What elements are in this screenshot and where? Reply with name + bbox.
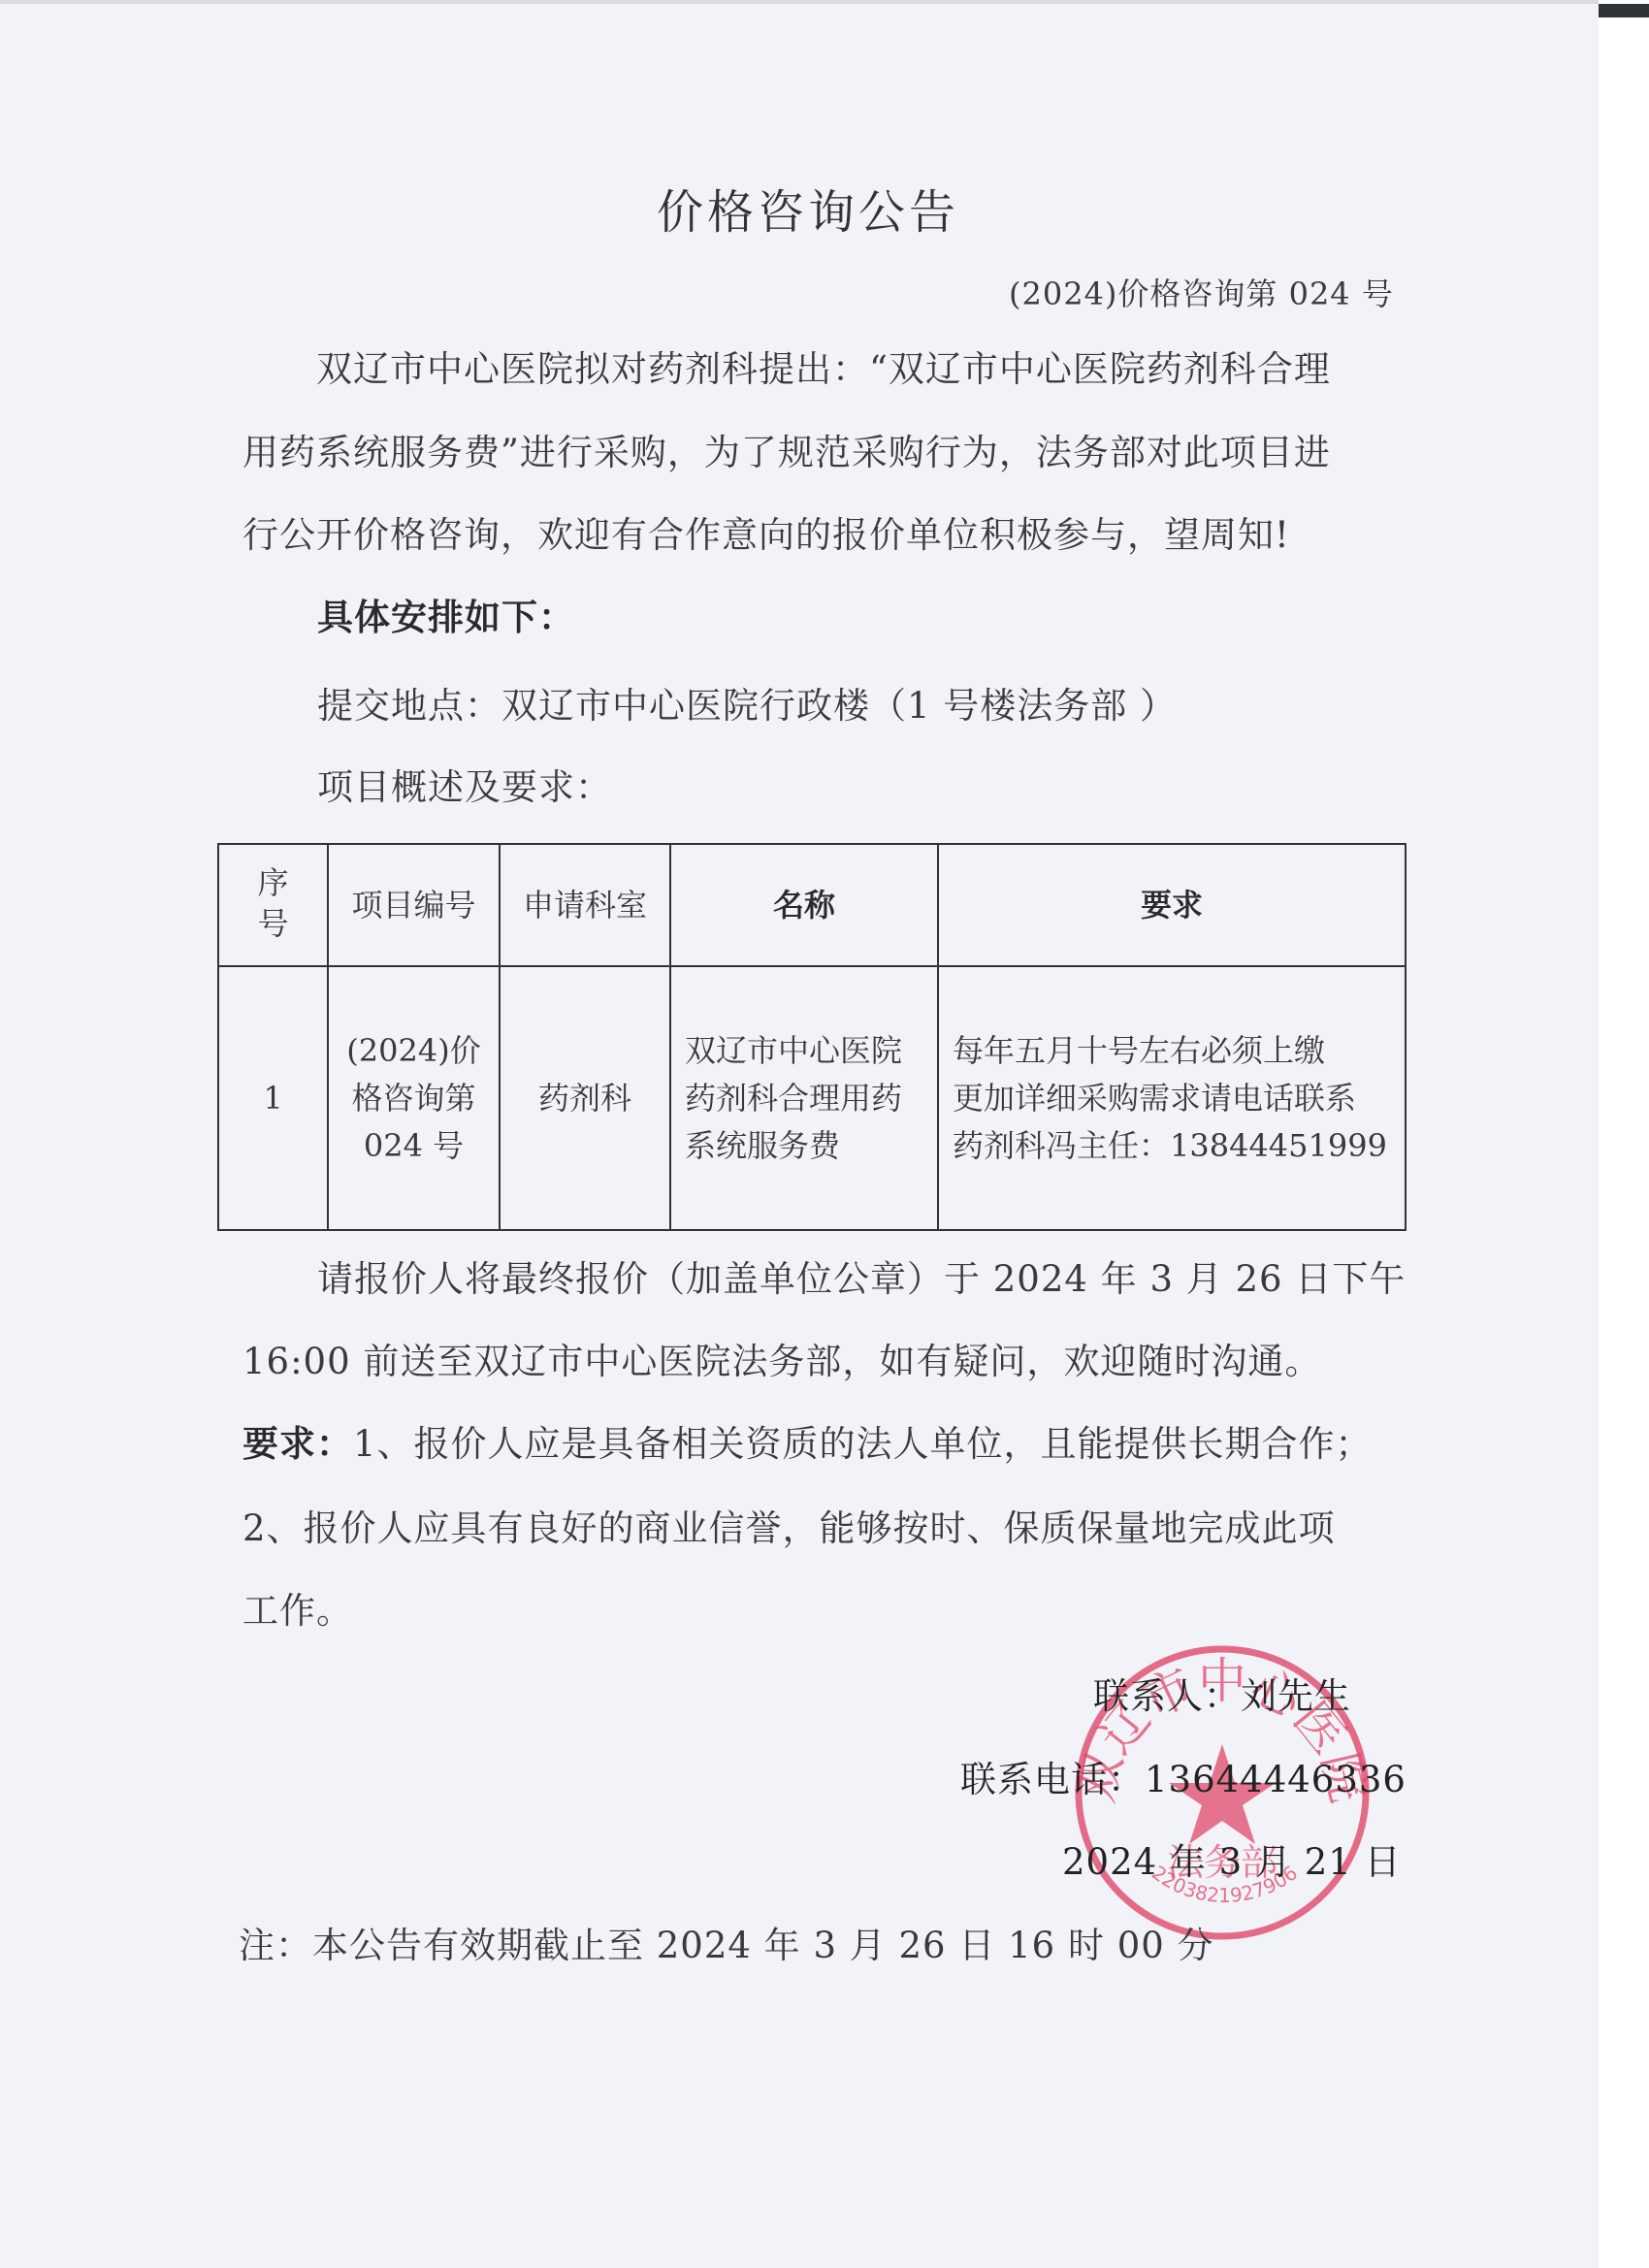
requirement-2: 2、报价人应具有良好的商业信誉，能够按时、保质保量地完成此项 <box>242 1499 1336 1551</box>
cell-requirements: 每年五月十号左右必须上缴 更加详细采购需求请电话联系 药剂科冯主任：138444… <box>938 966 1406 1230</box>
header-requirements: 要求 <box>938 844 1406 966</box>
table-row: 1 (2024)价格咨询第 024 号 药剂科 双辽市中心医院药剂科合理用药系统… <box>218 966 1406 1230</box>
requirement-line-3: 药剂科冯主任：13844451999 <box>953 1122 1405 1170</box>
document-title: 价格咨询公告 <box>657 175 959 242</box>
table-header-row: 序号 项目编号 申请科室 名称 要求 <box>218 844 1406 966</box>
intro-line-3: 行公开价格咨询，欢迎有合作意向的报价单位积极参与，望周知! <box>242 505 1290 558</box>
contact-person: 联系人：刘先生 <box>1093 1667 1351 1719</box>
header-project-number: 项目编号 <box>328 844 500 966</box>
cell-index: 1 <box>218 966 328 1230</box>
deadline-line-2: 16:00 前送至双辽市中心医院法务部，如有疑问，欢迎随时沟通。 <box>242 1332 1321 1384</box>
cell-department: 药剂科 <box>500 966 670 1230</box>
header-department: 申请科室 <box>500 844 670 966</box>
requirements-paragraph: 要求：1、报价人应是具备相关资质的法人单位，且能提供长期合作； <box>242 1414 1373 1467</box>
submission-location: 提交地点：双辽市中心医院行政楼（1 号楼法务部 ） <box>317 676 1177 729</box>
document-number: (2024)价格咨询第 024 号 <box>1009 270 1394 314</box>
cell-name: 双辽市中心医院药剂科合理用药系统服务费 <box>670 966 938 1230</box>
contact-phone: 联系电话：13644446336 <box>960 1750 1406 1802</box>
intro-line-2: 用药系统服务费”进行采购，为了规范采购行为，法务部对此项目进 <box>242 423 1331 475</box>
project-table: 序号 项目编号 申请科室 名称 要求 1 (2024)价格咨询第 024 号 药… <box>217 843 1406 1231</box>
requirements-label: 要求： <box>242 1422 353 1465</box>
arrangement-heading: 具体安排如下： <box>317 588 575 640</box>
cell-project-number: (2024)价格咨询第 024 号 <box>328 966 500 1230</box>
deadline-line-1: 请报价人将最终报价（加盖单位公章）于 2024 年 3 月 26 日下午 <box>317 1249 1406 1302</box>
scan-edge-shadow <box>1599 4 1649 17</box>
validity-note: 注：本公告有效期截止至 2024 年 3 月 26 日 16 时 00 分 <box>239 1916 1214 1968</box>
header-index: 序号 <box>218 844 328 966</box>
intro-line-1: 双辽市中心医院拟对药剂科提出：“双辽市中心医院药剂科合理 <box>316 340 1331 392</box>
notice-date: 2024 年 3 月 21 日 <box>1062 1832 1402 1885</box>
requirement-1: 1、报价人应是具备相关资质的法人单位，且能提供长期合作； <box>353 1423 1373 1465</box>
requirement-line-2: 更加详细采购需求请电话联系 <box>953 1075 1405 1122</box>
header-name: 名称 <box>670 844 938 966</box>
overview-heading: 项目概述及要求： <box>317 758 612 810</box>
requirement-2-cont: 工作。 <box>242 1581 353 1634</box>
requirement-line-1: 每年五月十号左右必须上缴 <box>953 1027 1405 1075</box>
